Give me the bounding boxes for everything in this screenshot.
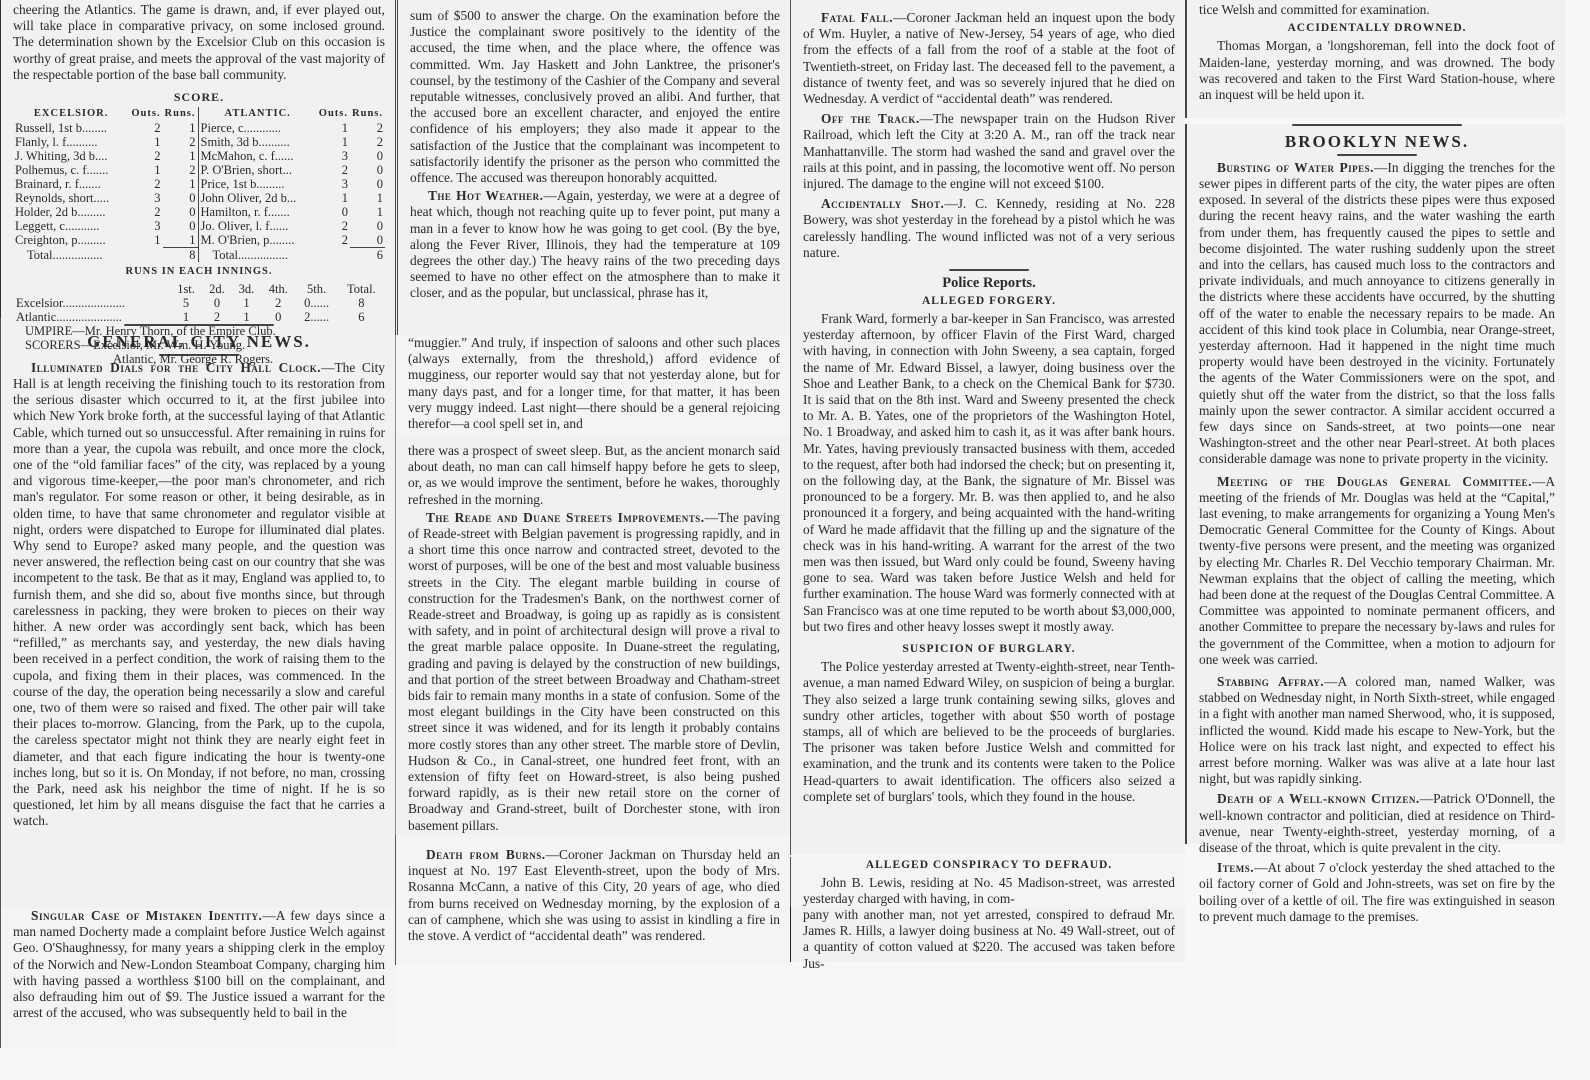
total-label: Total................	[13, 248, 129, 263]
outs: 2	[317, 233, 350, 248]
police-reports-heading: Police Reports.	[803, 275, 1175, 291]
player: Price, 1st b.........	[198, 177, 317, 191]
player: M. O'Brien, p........	[198, 233, 317, 248]
outs: 3	[317, 149, 350, 163]
score-row: Holder, 2d b.........20Hamilton, r. f...…	[13, 205, 385, 219]
brooklyn-news-clipping: BROOKLYN NEWS. Bursting of Water Pipes.—…	[1185, 124, 1565, 844]
player: Russell, 1st b........	[13, 121, 129, 135]
article-suspicion-burglary: The Police yesterday arrested at Twenty-…	[803, 659, 1175, 805]
score-row: Reynolds, short.....30John Oliver, 2d b.…	[13, 191, 385, 205]
accidentally-drowned-heading: ACCIDENTALLY DROWNED.	[1199, 20, 1555, 36]
runs: 1	[350, 191, 385, 205]
article-title: Bursting of Water Pipes.	[1217, 160, 1374, 175]
runs: 1	[163, 149, 198, 163]
score-row: J. Whiting, 3d b....21McMahon, c. f.....…	[13, 149, 385, 163]
player: Flanly, l. f..........	[13, 135, 129, 149]
outs-header-1: Outs.	[129, 107, 162, 121]
column-2: sum of $500 to answer the charge. On the…	[395, 0, 790, 965]
player: Reynolds, short.....	[13, 191, 129, 205]
brooklyn-news-heading: BROOKLYN NEWS.	[1199, 134, 1555, 150]
outs: 2	[129, 205, 162, 219]
innings-row: Excelsior.................... 5 0 1 2 0.…	[13, 296, 385, 310]
article-hot-weather-c: there was a prospect of sweet sleep. But…	[408, 443, 780, 508]
heading-rule-bottom	[1337, 154, 1417, 156]
runs-header-1: Runs.	[163, 107, 198, 121]
article-death-citizen: Death of a Well-known Citizen.—Patrick O…	[1199, 791, 1555, 856]
inning-runs: 0	[202, 296, 231, 310]
runs: 0	[163, 191, 198, 205]
article-conspiracy-a: John B. Lewis, residing at No. 45 Madiso…	[803, 875, 1175, 907]
score-row: Brainard, r. f.......21Price, 1st b.....…	[13, 177, 385, 191]
score-total-row: Total................ 8 Total...........…	[13, 248, 385, 263]
runs: 1	[163, 177, 198, 191]
score-header-row: EXCELSIOR. Outs. Runs. ATLANTIC. Outs. R…	[13, 107, 385, 121]
outs: 2	[317, 163, 350, 177]
article-accidentally-drowned: Thomas Morgan, a 'longshoreman, fell int…	[1199, 38, 1555, 103]
player: Creighton, p.........	[13, 233, 129, 248]
runs: 1	[163, 121, 198, 135]
section-rule	[949, 269, 1029, 271]
article-title: Off the Track.	[821, 111, 920, 126]
article-title: The Reade and Duane Streets Improvements…	[426, 510, 705, 525]
article-hot-weather-b: “muggier.” And truly, if inspection of s…	[408, 335, 780, 432]
article-douglas-committee: Meeting of the Douglas General Committee…	[1199, 474, 1555, 668]
article-title: Fatal Fall.	[821, 10, 893, 25]
inning-total: 8	[338, 296, 385, 310]
continuation-welsh: tice Welsh and committed for examination…	[1199, 2, 1555, 18]
article-body: —A meeting of the friends of Mr. Douglas…	[1199, 474, 1555, 667]
article-body: —In digging the trenches for the sewer p…	[1199, 160, 1555, 467]
outs-header-2: Outs.	[317, 107, 350, 121]
score-table: EXCELSIOR. Outs. Runs. ATLANTIC. Outs. R…	[13, 107, 385, 262]
outs: 2	[129, 149, 162, 163]
outs: 1	[317, 191, 350, 205]
continuation-clipping: sum of $500 to answer the charge. On the…	[395, 0, 790, 335]
article-hot-weather-a: The Hot Weather.—Again, yesterday, we we…	[410, 188, 780, 301]
inning-runs: 2	[261, 296, 295, 310]
outs: 3	[129, 219, 162, 233]
article-alleged-forgery: Frank Ward, formerly a bar-keeper in San…	[803, 311, 1175, 635]
player: Smith, 3d b..........	[198, 135, 317, 149]
article-fatal-fall: Fatal Fall.—Coroner Jackman held an inqu…	[803, 10, 1175, 107]
score-row: Russell, 1st b........21Pierce, c.......…	[13, 121, 385, 135]
baseball-clipping: cheering the Atlantics. The game is draw…	[0, 0, 395, 318]
inning-header: 3d.	[232, 282, 261, 296]
runs: 1	[163, 233, 198, 248]
column-3-clipping: Fatal Fall.—Coroner Jackman held an inqu…	[790, 0, 1185, 855]
column-4: tice Welsh and committed for examination…	[1185, 0, 1565, 844]
article-title: The Hot Weather.	[428, 188, 544, 203]
outs: 0	[317, 205, 350, 219]
article-body: —Again, yesterday, we were at a degree o…	[410, 188, 780, 300]
heading-rule-top	[1292, 124, 1462, 126]
score-row: Creighton, p.........11M. O'Brien, p....…	[13, 233, 385, 248]
article-stabbing-affray: Stabbing Affray.—A colored man, named Wa…	[1199, 674, 1555, 787]
runs: 0	[350, 233, 385, 248]
player: P. O'Brien, short...	[198, 163, 317, 177]
article-title: Items.	[1217, 860, 1254, 875]
player: Leggett, c...........	[13, 219, 129, 233]
player: Holder, 2d b.........	[13, 205, 129, 219]
inning-header: 4th.	[261, 282, 295, 296]
outs: 1	[129, 135, 162, 149]
inning-header: 1st.	[170, 282, 202, 296]
article-title: Singular Case of Mistaken Identity.	[31, 908, 262, 923]
team2-header: ATLANTIC.	[198, 107, 317, 121]
score-row: Polhemus, c. f.......12P. O'Brien, short…	[13, 163, 385, 177]
article-death-from-burns: Death from Burns.—Coroner Jackman on Thu…	[408, 847, 780, 944]
alleged-forgery-heading: ALLEGED FORGERY.	[803, 293, 1175, 309]
drowned-clipping: tice Welsh and committed for examination…	[1185, 0, 1565, 118]
outs: 3	[129, 191, 162, 205]
column-1: cheering the Atlantics. The game is draw…	[0, 0, 395, 1048]
inning-header: Total.	[338, 282, 385, 296]
article-title: Illuminated Dials for the City Hall Cloc…	[31, 360, 321, 375]
baseball-intro: cheering the Atlantics. The game is draw…	[13, 2, 385, 83]
runs: 2	[350, 135, 385, 149]
player: Brainard, r. f.......	[13, 177, 129, 191]
outs: 3	[317, 177, 350, 191]
article-title: Meeting of the Douglas General Committee…	[1217, 474, 1532, 489]
score-row: Leggett, c...........30Jo. Oliver, l. f.…	[13, 219, 385, 233]
runs: 0	[163, 219, 198, 233]
article-body: —The paving of Reade-street with Belgian…	[408, 510, 780, 833]
runs: 1	[350, 205, 385, 219]
article-continuation: sum of $500 to answer the charge. On the…	[410, 8, 780, 186]
score-title: SCORE.	[13, 89, 385, 105]
article-title: Death from Burns.	[426, 847, 546, 862]
conspiracy-clipping-b: pany with another man, not yet arrested,…	[790, 907, 1185, 962]
inning-runs: 1	[232, 296, 261, 310]
team1-header: EXCELSIOR.	[13, 107, 129, 121]
outs: 1	[129, 163, 162, 177]
player: Pierce, c............	[198, 121, 317, 135]
player: John Oliver, 2d b...	[198, 191, 317, 205]
article-mistaken-identity: Singular Case of Mistaken Identity.—A fe…	[13, 908, 385, 1021]
article-off-the-track: Off the Track.—The newspaper train on th…	[803, 111, 1175, 192]
runs: 0	[163, 205, 198, 219]
article-accidentally-shot: Accidentally Shot.—J. C. Kennedy, residi…	[803, 196, 1175, 261]
runs-header-2: Runs.	[350, 107, 385, 121]
outs: 1	[317, 135, 350, 149]
column-3: Fatal Fall.—Coroner Jackman held an inqu…	[790, 0, 1185, 962]
outs: 1	[129, 233, 162, 248]
innings-title: RUNS IN EACH INNINGS.	[13, 264, 385, 280]
hot-weather-clipping-b: “muggier.” And truly, if inspection of s…	[395, 335, 790, 435]
runs: 2	[350, 121, 385, 135]
outs: 2	[129, 121, 162, 135]
outs: 2	[317, 219, 350, 233]
runs: 0	[350, 219, 385, 233]
mistaken-identity-clipping: Singular Case of Mistaken Identity.—A fe…	[0, 908, 395, 1048]
hot-weather-clipping-c: there was a prospect of sweet sleep. But…	[395, 435, 790, 835]
article-body: —A colored man, named Walker, was stabbe…	[1199, 674, 1555, 786]
article-body: —A few days since a man named Docherty m…	[13, 908, 385, 1020]
inning-header: 2d.	[202, 282, 231, 296]
total-atlantic: 6	[350, 248, 385, 263]
article-title: Accidentally Shot.	[821, 196, 944, 211]
player: Jo. Oliver, l. f......	[198, 219, 317, 233]
article-title: Death of a Well-known Citizen.	[1217, 791, 1420, 806]
death-from-burns-clipping: Death from Burns.—Coroner Jackman on Thu…	[395, 835, 790, 965]
inning-runs: 5	[170, 296, 202, 310]
article-items: Items.—At about 7 o'clock yesterday the …	[1199, 860, 1555, 925]
team-name: Excelsior....................	[13, 296, 170, 310]
runs: 0	[350, 177, 385, 191]
conspiracy-heading: ALLEGED CONSPIRACY TO DEFRAUD.	[803, 857, 1175, 873]
player: Polhemus, c. f.......	[13, 163, 129, 177]
runs: 0	[350, 163, 385, 177]
article-title: Stabbing Affray.	[1217, 674, 1324, 689]
total-label: Total................	[198, 248, 317, 263]
suspicion-burglary-heading: SUSPICION OF BURGLARY.	[803, 641, 1175, 657]
player: Hamilton, r. f.......	[198, 205, 317, 219]
inning-runs: 0......	[295, 296, 337, 310]
runs: 2	[163, 163, 198, 177]
conspiracy-clipping: ALLEGED CONSPIRACY TO DEFRAUD. John B. L…	[790, 857, 1185, 907]
article-water-pipes: Bursting of Water Pipes.—In digging the …	[1199, 160, 1555, 468]
outs: 1	[317, 121, 350, 135]
article-body: —The City Hall is at length receiving th…	[13, 360, 385, 829]
general-city-news-clipping: GENERAL CITY NEWS. Illuminated Dials for…	[0, 318, 395, 908]
article-conspiracy-b: pany with another man, not yet arrested,…	[803, 907, 1175, 972]
player: J. Whiting, 3d b....	[13, 149, 129, 163]
article-illuminated-dials: Illuminated Dials for the City Hall Cloc…	[13, 360, 385, 830]
score-row: Flanly, l. f..........12Smith, 3d b.....…	[13, 135, 385, 149]
total-excelsior: 8	[163, 248, 198, 263]
runs: 0	[350, 149, 385, 163]
inning-header: 5th.	[295, 282, 337, 296]
outs: 2	[129, 177, 162, 191]
innings-header-row: 1st. 2d. 3d. 4th. 5th. Total.	[13, 282, 385, 296]
article-reade-duane: The Reade and Duane Streets Improvements…	[408, 510, 780, 834]
runs: 2	[163, 135, 198, 149]
player: McMahon, c. f......	[198, 149, 317, 163]
